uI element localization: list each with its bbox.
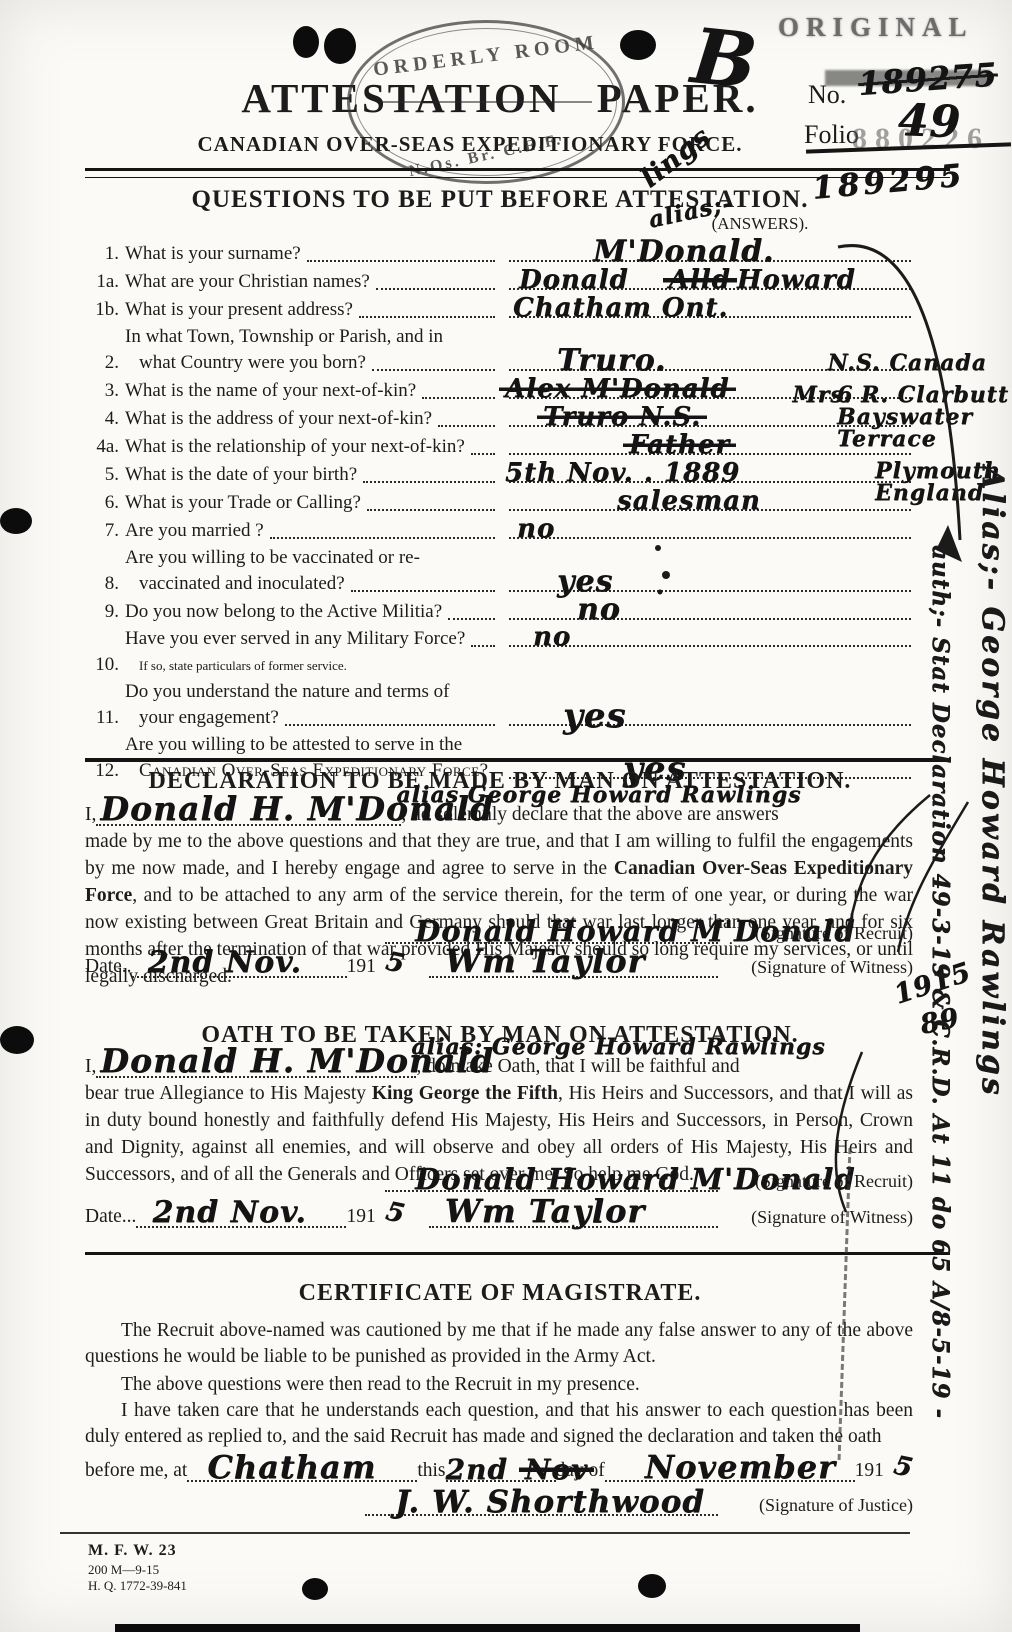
body-bold-text: King George the Fifth xyxy=(372,1083,558,1104)
signature-label: (Signature of Justice) xyxy=(718,1494,913,1516)
question-number: 1b. xyxy=(85,297,125,323)
question-row-4a: 4a. What is the relationship of your nex… xyxy=(85,433,913,460)
answer-part: Howard xyxy=(737,265,856,295)
question-number: 4a. xyxy=(85,434,125,460)
hq-code: H. Q. 1772-39-841 xyxy=(88,1578,187,1594)
alias-handwritten: alias: George Howard Rawlings xyxy=(411,1034,825,1060)
body-text: bear true Allegiance to His Majesty xyxy=(85,1083,372,1104)
answer-handwritten: Chatham Ont. xyxy=(513,295,728,321)
dotted-leader xyxy=(285,705,495,726)
margin-authority-note: auth;- Stat Declaration 49-3-19 & C.R.D.… xyxy=(927,545,954,1419)
this-label: this xyxy=(417,1460,445,1482)
dotted-leader xyxy=(367,490,495,511)
answer-handwritten: 5th Nov. . 1889 xyxy=(505,460,740,486)
dotted-leader xyxy=(270,518,495,539)
question-row-8: 8. Are you willing to be vaccinated or r… xyxy=(85,545,913,597)
question-note: If so, state particulars of former servi… xyxy=(125,658,347,673)
question-row-1: 1. What is your surname? M'Donald. xyxy=(85,240,913,267)
question-number: 6. xyxy=(85,490,125,516)
question-label: What is your surname? xyxy=(125,241,301,267)
question-number: 1a. xyxy=(85,269,125,295)
question-label: Are you willing to be vaccinated or re- xyxy=(125,545,420,571)
question-label: Are you married ? xyxy=(125,518,264,544)
question-number: 5. xyxy=(85,462,125,488)
question-label: Are you willing to be attested to serve … xyxy=(125,732,462,758)
original-stamp: ORIGINAL xyxy=(778,12,974,43)
question-label-line2: vaccinated and inoculated? xyxy=(125,571,345,597)
question-label-line2: your engagement? xyxy=(125,705,279,731)
certificate-paragraph-3: I have taken care that he understands ea… xyxy=(85,1398,913,1450)
dotted-leader xyxy=(307,241,495,262)
question-row-1b: 1b. What is your present address? Chatha… xyxy=(85,296,913,323)
question-number: 4. xyxy=(85,406,125,432)
justice-signature-handwritten: J. W. Shorthwood xyxy=(395,1484,705,1520)
punch-hole xyxy=(0,508,32,534)
signature-label: (Signature of Witness) xyxy=(718,956,913,978)
certificate-title: CERTIFICATE OF MAGISTRATE. xyxy=(85,1280,915,1307)
justice-signature-row: J. W. Shorthwood (Signature of Justice) xyxy=(85,1484,913,1516)
answer-handwritten: DonaldAlldHoward xyxy=(519,267,856,293)
folio-label: Folio xyxy=(804,120,859,150)
question-label: What is your Trade or Calling? xyxy=(125,490,361,516)
questions-section-title: QUESTIONS TO BE PUT BEFORE ATTESTATION. xyxy=(85,186,915,214)
question-number: 10. xyxy=(85,652,125,678)
dotted-leader xyxy=(471,626,495,647)
lead-in: I, xyxy=(85,1056,96,1078)
date-handwritten: 2nd Nov. xyxy=(152,1195,306,1230)
question-label: What is the address of your next-of-kin? xyxy=(125,406,432,432)
before-me-row: before me, at Chatham this 2nd Nov day o… xyxy=(85,1452,913,1482)
question-label: Do you now belong to the Active Militia? xyxy=(125,599,442,625)
alias-handwritten: alias George Howard Rawlings xyxy=(396,782,801,808)
answer-handwritten: Truro. xyxy=(557,348,667,374)
signature-line: Donald Howard M'Donald xyxy=(385,912,718,944)
dotted-leader xyxy=(438,406,495,427)
name-line: Donald H. M'Donald alias: George Howard … xyxy=(96,1050,416,1078)
form-code: M. F. W. 23 xyxy=(88,1542,177,1560)
date-line: 2nd Nov. xyxy=(132,950,347,978)
answer-handwritten: no xyxy=(517,516,555,542)
question-row-9: 9. Do you now belong to the Active Milit… xyxy=(85,598,913,625)
date-handwritten: 2nd Nov. xyxy=(148,945,302,980)
folio-value-handwritten: 49 xyxy=(897,95,962,148)
dotted-leader xyxy=(422,378,495,399)
stamp-divider xyxy=(380,101,592,103)
answer-handwritten: no xyxy=(533,624,571,650)
before-me-label: before me, at xyxy=(85,1460,187,1482)
question-row-7: 7. Are you married ? no xyxy=(85,517,913,544)
answer-struck: Alex M'Donald xyxy=(499,376,736,402)
answer-handwritten: salesman xyxy=(617,488,761,514)
answer-part: Donald xyxy=(519,265,629,295)
orderly-room-stamp: ORDERLY ROOM N.Os. Br. C.E.F. xyxy=(347,20,625,184)
dotted-leader xyxy=(359,297,495,318)
stamp-text-top: ORDERLY ROOM xyxy=(350,29,623,85)
handwritten-letter-b: B xyxy=(688,11,762,106)
answer-handwritten: yes xyxy=(563,703,627,729)
dotted-leader xyxy=(372,350,495,371)
declaration-recruit-signature-row: Donald Howard M'Donald (Signature of Rec… xyxy=(85,912,913,944)
no-label: No. xyxy=(808,80,846,110)
declaration-date-row: Date.. 2nd Nov. 191 5 Wm Taylor (Signatu… xyxy=(85,948,913,978)
year-printed: 191 xyxy=(346,1206,375,1228)
year-handwritten: 5 xyxy=(383,946,408,979)
signature-line: Donald Howard M'Donald xyxy=(385,1160,718,1192)
signature-line: J. W. Shorthwood xyxy=(365,1484,718,1516)
day-handwritten: 2nd Nov xyxy=(446,1453,595,1486)
year-handwritten: 5 xyxy=(891,1450,916,1483)
answers-column-label: (ANSWERS). xyxy=(655,214,865,234)
margin-alias-note: Alias;- George Howard Rawlings xyxy=(975,466,1010,1098)
dotted-leader xyxy=(471,434,495,455)
attestation-paper-scan: ORIGINAL ATTESTATION PAPER. CANADIAN OVE… xyxy=(0,0,1012,1632)
question-number: 9. xyxy=(85,599,125,625)
question-row-10: 10. Have you ever served in any Military… xyxy=(85,626,913,678)
answer-handwritten: no xyxy=(577,597,621,623)
month-line: November xyxy=(605,1454,855,1482)
signature-label: (Signature of Witness) xyxy=(718,1206,913,1228)
question-number: 7. xyxy=(85,518,125,544)
dotted-leader xyxy=(351,571,495,592)
stamp-text-bottom: N.Os. Br. C.E.F. xyxy=(351,119,621,193)
date-line: 2nd Nov. xyxy=(136,1200,346,1228)
answer-line xyxy=(509,537,911,539)
answer-struck: Alld xyxy=(663,265,737,295)
year-handwritten: 5 xyxy=(383,1196,408,1229)
section-rule xyxy=(85,758,950,762)
month-struck: Nov xyxy=(519,1453,595,1486)
question-row-4: 4. What is the address of your next-of-k… xyxy=(85,405,913,432)
lead-in: I, xyxy=(85,804,96,826)
footer-rule xyxy=(60,1532,910,1534)
question-row-2: 2. In what Town, Township or Parish, and… xyxy=(85,324,913,376)
dotted-leader xyxy=(376,269,495,290)
dotted-leader xyxy=(448,599,495,620)
dotted-leader xyxy=(363,462,495,483)
witness-line: Wm Taylor xyxy=(429,950,718,978)
witness-line: Wm Taylor xyxy=(429,1200,718,1228)
question-number: 11. xyxy=(85,705,125,731)
punch-hole xyxy=(0,1026,34,1054)
header-rule xyxy=(85,168,950,178)
answer-struck: Father xyxy=(623,432,736,458)
day-line: 2nd Nov xyxy=(446,1454,556,1482)
question-label-line2: what Country were you born? xyxy=(125,350,366,376)
declaration-lead: I, Donald H. M'Donald alias George Howar… xyxy=(85,798,913,826)
year-printed: 191 xyxy=(855,1460,884,1482)
place-handwritten: Chatham xyxy=(207,1448,376,1486)
name-line: Donald H. M'Donald alias George Howard R… xyxy=(96,798,401,826)
section-rule xyxy=(85,1252,950,1255)
question-label: In what Town, Township or Parish, and in xyxy=(125,324,443,350)
oath-recruit-signature-row: Donald Howard M'Donald (Signature of Rec… xyxy=(85,1160,913,1192)
day-value: 2nd xyxy=(446,1453,508,1486)
question-label: What is the name of your next-of-kin? xyxy=(125,378,416,404)
witness-signature-handwritten: Wm Taylor xyxy=(445,942,645,980)
question-row-1a: 1a. What are your Christian names? Donal… xyxy=(85,268,913,295)
certificate-paragraph-1: The Recruit above-named was cautioned by… xyxy=(85,1318,913,1370)
ink-blob xyxy=(293,26,319,58)
question-label: What is the date of your birth? xyxy=(125,462,357,488)
question-row-11: 11. Do you understand the nature and ter… xyxy=(85,679,913,731)
question-label: What is the relationship of your next-of… xyxy=(125,434,465,460)
oath-date-row: Date... 2nd Nov. 191 5 Wm Taylor (Signat… xyxy=(85,1198,913,1228)
question-row-6: 6. What is your Trade or Calling? salesm… xyxy=(85,489,913,516)
ink-blob xyxy=(620,30,656,60)
ink-blob xyxy=(302,1578,328,1600)
oath-lead: I, Donald H. M'Donald alias: George Howa… xyxy=(85,1050,913,1078)
recruit-signature-handwritten: Donald Howard M'Donald xyxy=(415,1162,856,1196)
answer-handwritten: M'Donald. xyxy=(593,239,775,265)
ink-blob xyxy=(324,28,356,64)
date-label: Date.. xyxy=(85,956,132,978)
question-label: What is your present address? xyxy=(125,297,353,323)
scan-edge-bar xyxy=(115,1624,860,1632)
answer-line xyxy=(509,618,911,620)
question-number: 3. xyxy=(85,378,125,404)
print-run-code: 200 M—9-15 xyxy=(88,1562,159,1578)
question-number: 8. xyxy=(85,571,125,597)
question-number: 2. xyxy=(85,350,125,376)
place-line: Chatham xyxy=(187,1454,417,1482)
questions-list: 1. What is your surname? M'Donald. 1a. W… xyxy=(85,240,913,785)
question-number: 1. xyxy=(85,241,125,267)
ink-blob xyxy=(638,1574,666,1598)
year-printed: 191 xyxy=(347,956,376,978)
question-row-5: 5. What is the date of your birth? 5th N… xyxy=(85,461,913,488)
answer-extra: N.S. Canada xyxy=(828,352,987,374)
answer-struck: Truro N.S. xyxy=(537,404,707,430)
date-label: Date... xyxy=(85,1206,136,1228)
witness-signature-handwritten: Wm Taylor xyxy=(445,1192,645,1230)
question-label: Have you ever served in any Military For… xyxy=(125,626,465,652)
question-label: What are your Christian names? xyxy=(125,269,370,295)
certificate-paragraph-2: The above questions were then read to th… xyxy=(85,1372,913,1398)
month-handwritten: November xyxy=(645,1448,836,1486)
question-label: Do you understand the nature and terms o… xyxy=(125,679,450,705)
question-row-3: 3. What is the name of your next-of-kin?… xyxy=(85,377,913,404)
